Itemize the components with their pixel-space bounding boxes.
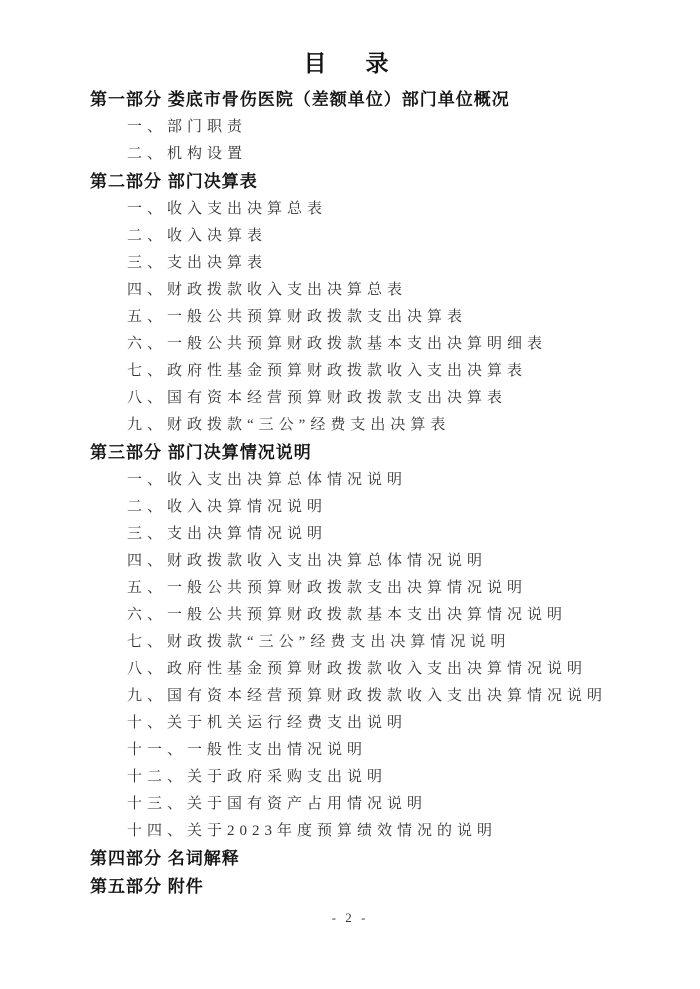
toc-section-heading: 第五部分 附件 — [90, 873, 640, 901]
toc-item: 四、财政拨款收入支出决算总表 — [90, 277, 640, 304]
toc-item: 十四、关于2023年度预算绩效情况的说明 — [90, 818, 640, 845]
document-page: 目 录 第一部分 娄底市骨伤医院（差额单位）部门单位概况一、部门职责二、机构设置… — [0, 0, 700, 989]
page-title: 目 录 — [0, 0, 700, 76]
toc-item: 九、国有资本经营预算财政拨款收入支出决算情况说明 — [90, 683, 640, 710]
toc-item: 七、政府性基金预算财政拨款收入支出决算表 — [90, 358, 640, 385]
toc-item: 十、关于机关运行经费支出说明 — [90, 710, 640, 737]
toc-section-heading: 第三部分 部门决算情况说明 — [90, 439, 640, 467]
toc-item: 五、一般公共预算财政拨款支出决算表 — [90, 304, 640, 331]
toc-item: 一、收入支出决算总表 — [90, 196, 640, 223]
toc-item: 十二、关于政府采购支出说明 — [90, 764, 640, 791]
toc-item: 八、国有资本经营预算财政拨款支出决算表 — [90, 385, 640, 412]
table-of-contents: 第一部分 娄底市骨伤医院（差额单位）部门单位概况一、部门职责二、机构设置第二部分… — [0, 86, 700, 901]
toc-item: 九、财政拨款“三公”经费支出决算表 — [90, 412, 640, 439]
toc-item: 八、政府性基金预算财政拨款收入支出决算情况说明 — [90, 656, 640, 683]
toc-item: 四、财政拨款收入支出决算总体情况说明 — [90, 548, 640, 575]
toc-item: 三、支出决算表 — [90, 250, 640, 277]
toc-section-heading: 第一部分 娄底市骨伤医院（差额单位）部门单位概况 — [90, 86, 640, 114]
toc-section-heading: 第二部分 部门决算表 — [90, 168, 640, 196]
toc-item: 六、一般公共预算财政拨款基本支出决算明细表 — [90, 331, 640, 358]
toc-section-heading: 第四部分 名词解释 — [90, 845, 640, 873]
toc-item: 五、一般公共预算财政拨款支出决算情况说明 — [90, 575, 640, 602]
toc-item: 十三、关于国有资产占用情况说明 — [90, 791, 640, 818]
toc-item: 二、收入决算情况说明 — [90, 494, 640, 521]
toc-item: 一、收入支出决算总体情况说明 — [90, 467, 640, 494]
toc-item: 六、一般公共预算财政拨款基本支出决算情况说明 — [90, 602, 640, 629]
toc-item: 二、收入决算表 — [90, 223, 640, 250]
toc-item: 七、财政拨款“三公”经费支出决算情况说明 — [90, 629, 640, 656]
toc-item: 十一、一般性支出情况说明 — [90, 737, 640, 764]
toc-item: 三、支出决算情况说明 — [90, 521, 640, 548]
page-number: - 2 - — [0, 910, 700, 926]
toc-item: 一、部门职责 — [90, 114, 640, 141]
toc-item: 二、机构设置 — [90, 141, 640, 168]
